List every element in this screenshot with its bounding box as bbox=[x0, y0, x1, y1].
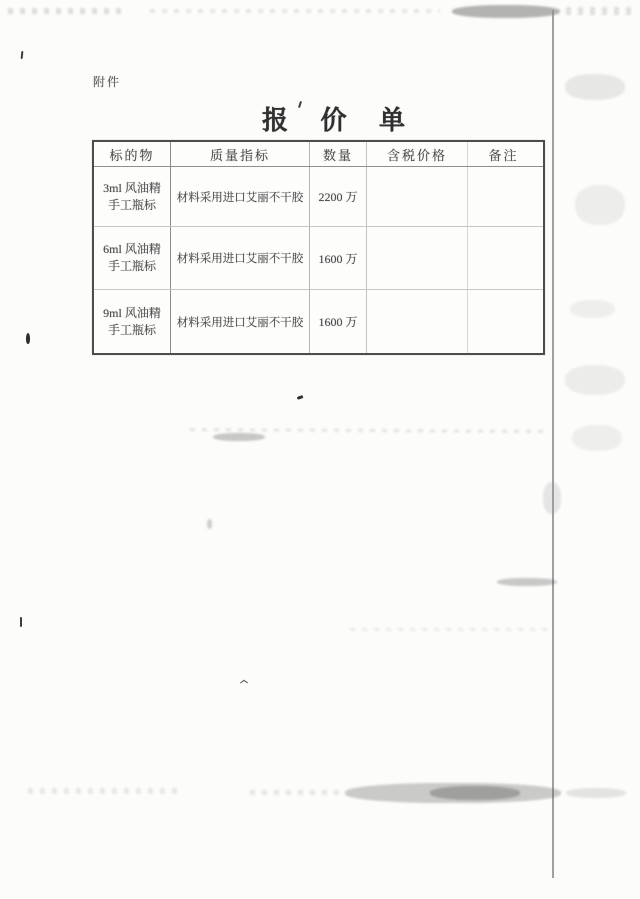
cell-price bbox=[366, 167, 467, 226]
right-smudge-4 bbox=[565, 365, 625, 395]
scan-noise-top-left bbox=[8, 8, 128, 14]
scan-noise-top-right-dark bbox=[452, 5, 560, 18]
scan-dots-low bbox=[350, 628, 550, 631]
margin-mark-bottom bbox=[20, 617, 22, 627]
quotation-table: 标的物 质量指标 数量 含税价格 备注 3ml 风油精手工瓶标 材料采用进口艾丽… bbox=[92, 140, 545, 355]
cell-item: 9ml 风油精手工瓶标 bbox=[94, 290, 170, 353]
scanned-document-page: 附件 报 价 单 标的物 质量指标 数量 含税价格 备注 3ml 风油精手工瓶标… bbox=[0, 0, 640, 899]
attachment-label: 附件 bbox=[93, 73, 121, 90]
table-row: 6ml 风油精手工瓶标 材料采用进口艾丽不干胶 1600 万 bbox=[94, 227, 543, 290]
cell-price bbox=[366, 227, 467, 289]
col-header-item: 标的物 bbox=[94, 142, 170, 166]
col-header-quality: 质量指标 bbox=[170, 142, 309, 166]
cell-quality: 材料采用进口艾丽不干胶 bbox=[170, 290, 309, 353]
scan-noise-bottom-left bbox=[28, 788, 178, 794]
scan-crease-line bbox=[552, 10, 554, 878]
scan-noise-top-far-right bbox=[566, 7, 636, 15]
smudge-row-dark bbox=[497, 578, 557, 586]
cell-quantity: 1600 万 bbox=[309, 227, 366, 289]
margin-mark-top bbox=[21, 51, 24, 59]
scan-noise-bottom-right bbox=[345, 783, 561, 803]
scan-scribble bbox=[213, 433, 265, 441]
col-header-quantity: 数量 bbox=[309, 142, 366, 166]
caret-mark bbox=[240, 678, 247, 685]
col-header-remark: 备注 bbox=[467, 142, 539, 166]
faint-mark-left bbox=[207, 519, 212, 529]
scan-noise-bottom-far-right bbox=[566, 788, 626, 798]
cell-remark bbox=[467, 227, 539, 289]
table-header-row: 标的物 质量指标 数量 含税价格 备注 bbox=[94, 142, 543, 167]
cell-remark bbox=[467, 167, 539, 226]
right-smudge-2 bbox=[575, 185, 625, 225]
table-row: 3ml 风油精手工瓶标 材料采用进口艾丽不干胶 2200 万 bbox=[94, 167, 543, 227]
col-header-price: 含税价格 bbox=[366, 142, 467, 166]
cell-remark bbox=[467, 290, 539, 353]
cell-quantity: 2200 万 bbox=[309, 167, 366, 226]
right-smudge-3 bbox=[570, 300, 615, 318]
cell-quantity: 1600 万 bbox=[309, 290, 366, 353]
cell-quality: 材料采用进口艾丽不干胶 bbox=[170, 227, 309, 289]
scan-smudge-line bbox=[190, 428, 548, 433]
margin-mark-middle bbox=[26, 333, 30, 344]
table-row: 9ml 风油精手工瓶标 材料采用进口艾丽不干胶 1600 万 bbox=[94, 290, 543, 353]
page-title: 报 价 单 bbox=[262, 100, 418, 137]
cell-item: 3ml 风油精手工瓶标 bbox=[94, 167, 170, 226]
right-smudge-5 bbox=[572, 425, 622, 451]
scan-noise-bottom-mid bbox=[250, 790, 345, 795]
cell-quality: 材料采用进口艾丽不干胶 bbox=[170, 167, 309, 226]
right-smudge-1 bbox=[565, 74, 625, 100]
cell-price bbox=[366, 290, 467, 353]
scan-noise-top-mid bbox=[150, 9, 440, 13]
scan-noise-bottom-right-dark bbox=[430, 786, 520, 800]
cell-item: 6ml 风油精手工瓶标 bbox=[94, 227, 170, 289]
ink-speck-mid bbox=[297, 395, 304, 400]
